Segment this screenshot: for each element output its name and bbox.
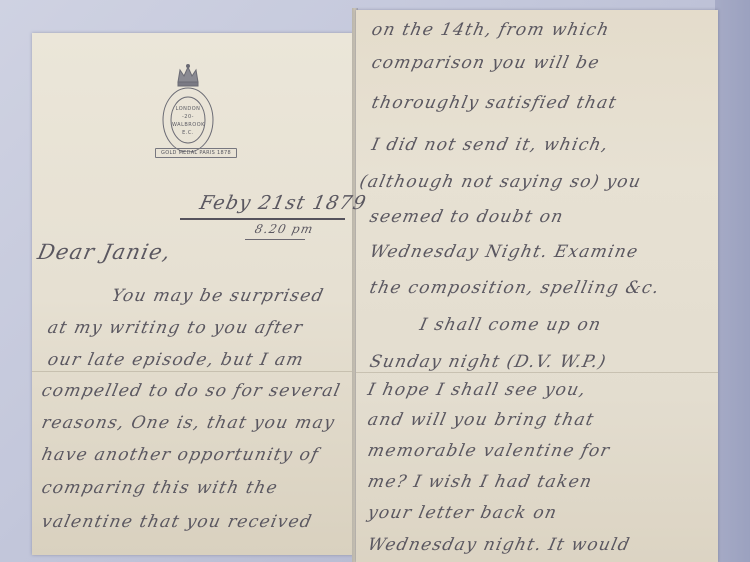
body-line: our late episode, but I am	[46, 350, 306, 370]
time-underline	[245, 239, 305, 240]
fold-crease	[356, 372, 718, 373]
letterhead-street: WALBROOK	[172, 122, 204, 128]
fold-crease	[32, 371, 354, 372]
body-line: comparing this with the	[40, 478, 280, 498]
body-line: and will you bring that	[366, 410, 596, 430]
body-line: reasons, One is, that you may	[40, 413, 337, 433]
crown-seal-icon	[150, 62, 270, 152]
salutation: Dear Janie,	[35, 240, 173, 264]
body-line: You may be surprised	[110, 286, 326, 306]
body-line: valentine that you received	[40, 512, 314, 532]
body-line: comparison you will be	[370, 53, 602, 73]
body-line: I did not send it, which,	[370, 135, 611, 155]
body-line: compelled to do so for several	[40, 381, 343, 401]
body-line: I shall come up on	[418, 315, 604, 335]
body-line: I hope I shall see you,	[366, 380, 588, 400]
letterhead-city: LONDON	[175, 106, 201, 112]
letter-date: Feby 21st 1879	[198, 192, 369, 214]
body-line: your letter back on	[366, 503, 559, 523]
letterhead-district: E.C.	[175, 130, 201, 136]
body-line: on the 14th, from which	[370, 20, 612, 40]
body-line: seemed to doubt on	[368, 207, 566, 227]
letter-time: 8.20 pm	[254, 222, 316, 236]
backdrop-cloth	[715, 0, 750, 562]
body-line: Wednesday Night. Examine	[368, 242, 641, 262]
body-line: memorable valentine for	[366, 441, 612, 461]
body-line: the composition, spelling &c.	[368, 278, 662, 298]
body-line: Wednesday night. It would	[366, 535, 632, 555]
body-line: Sunday night (D.V. W.P.)	[368, 352, 609, 372]
letterhead-number: -20-	[175, 114, 201, 120]
letterhead-crest: LONDON -20- WALBROOK E.C.	[150, 62, 270, 152]
body-line: have another opportunity of	[40, 445, 321, 465]
body-line: thoroughly satisfied that	[370, 93, 619, 113]
body-line: me? I wish I had taken	[366, 472, 595, 492]
body-line: at my writing to you after	[46, 318, 305, 338]
letterhead-banner: GOLD MEDAL PARIS 1878	[155, 148, 237, 158]
body-line: (although not saying so) you	[358, 172, 643, 192]
date-underline	[180, 218, 345, 220]
